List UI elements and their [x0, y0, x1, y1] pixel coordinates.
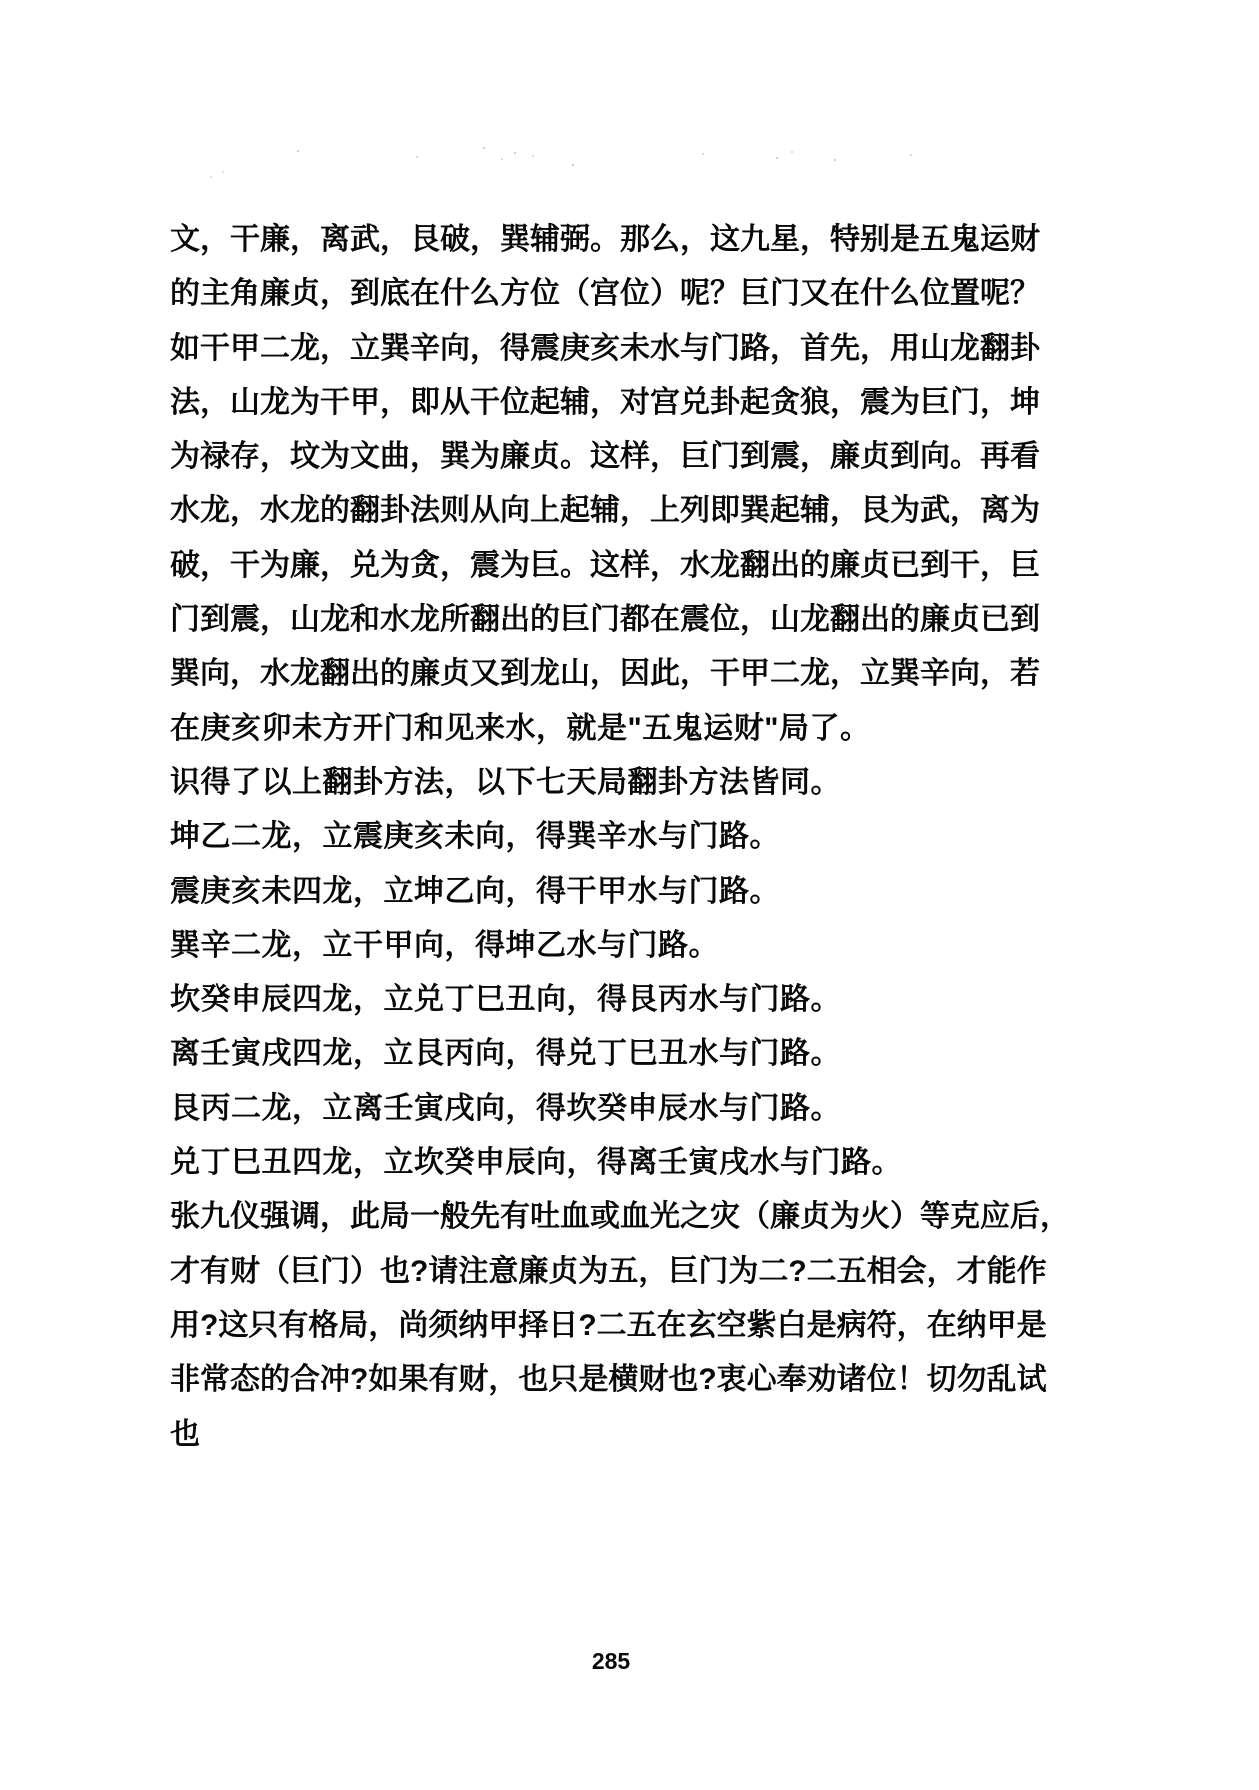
text-line: 的主角廉贞，到底在什么方位（宫位）呢？巨门又在什么位置呢？: [170, 267, 1028, 321]
text-line: 法，山龙为干甲，即从干位起辅，对宫兑卦起贪狼，震为巨门，坤: [170, 376, 1028, 430]
text-line: 门到震，山龙和水龙所翻出的巨门都在震位，山龙翻出的廉贞已到: [170, 593, 1028, 647]
text-line: 识得了以上翻卦方法，以下七天局翻卦方法皆同。: [170, 756, 1028, 810]
text-line: 坎癸申辰四龙，立兑丁巳丑向，得艮丙水与门路。: [170, 973, 1028, 1027]
text-line: 巽辛二龙，立干甲向，得坤乙水与门路。: [170, 919, 1028, 973]
text-line: 破，干为廉，兑为贪，震为巨。这样，水龙翻出的廉贞已到干，巨: [170, 539, 1028, 593]
text-line: 文，干廉，离武，艮破，巽辅弼。那么，这九星，特别是五鬼运财: [170, 213, 1028, 267]
text-line: 才有财（巨门）也?请注意廉贞为五，巨门为二?二五相会，才能作: [170, 1245, 1028, 1299]
text-line: 张九仪强调，此局一般先有吐血或血光之灾（廉贞为火）等克应后，: [170, 1190, 1028, 1244]
text-line: 水龙，水龙的翻卦法则从向上起辅，上列即巽起辅，艮为武，离为: [170, 484, 1028, 538]
text-line: 如干甲二龙，立巽辛向，得震庚亥未水与门路，首先，用山龙翻卦: [170, 322, 1028, 376]
page-number: 285: [182, 1648, 1040, 1675]
text-line: 艮丙二龙，立离壬寅戌向，得坎癸申辰水与门路。: [170, 1082, 1028, 1136]
text-line: 在庚亥卯未方开门和见来水，就是"五鬼运财"局了。: [170, 702, 1028, 756]
text-line: 兑丁巳丑四龙，立坎癸申辰向，得离壬寅戌水与门路。: [170, 1136, 1028, 1190]
text-line: 用?这只有格局，尚须纳甲择日?二五在玄空紫白是病符，在纳甲是: [170, 1299, 1028, 1353]
text-block: 文，干廉，离武，艮破，巽辅弼。那么，这九星，特别是五鬼运财的主角廉贞，到底在什么…: [170, 213, 1028, 1462]
text-line: 非常态的合冲?如果有财，也只是横财也? 衷心奉劝诸位！切勿乱试: [170, 1353, 1028, 1407]
text-line: 震庚亥未四龙，立坤乙向，得干甲水与门路。: [170, 865, 1028, 919]
scan-noise-speckles: [297, 150, 299, 152]
document-page: 文，干廉，离武，艮破，巽辅弼。那么，这九星，特别是五鬼运财的主角廉贞，到底在什么…: [0, 0, 1259, 1790]
text-line: 离壬寅戌四龙，立艮丙向，得兑丁巳丑水与门路。: [170, 1027, 1028, 1081]
text-line: 坤乙二龙，立震庚亥未向，得巽辛水与门路。: [170, 810, 1028, 864]
text-line: 也: [170, 1408, 1028, 1462]
text-line: 巽向，水龙翻出的廉贞又到龙山，因此，干甲二龙，立巽辛向，若: [170, 647, 1028, 701]
text-line: 为禄存，坟为文曲，巽为廉贞。这样，巨门到震，廉贞到向。再看: [170, 430, 1028, 484]
